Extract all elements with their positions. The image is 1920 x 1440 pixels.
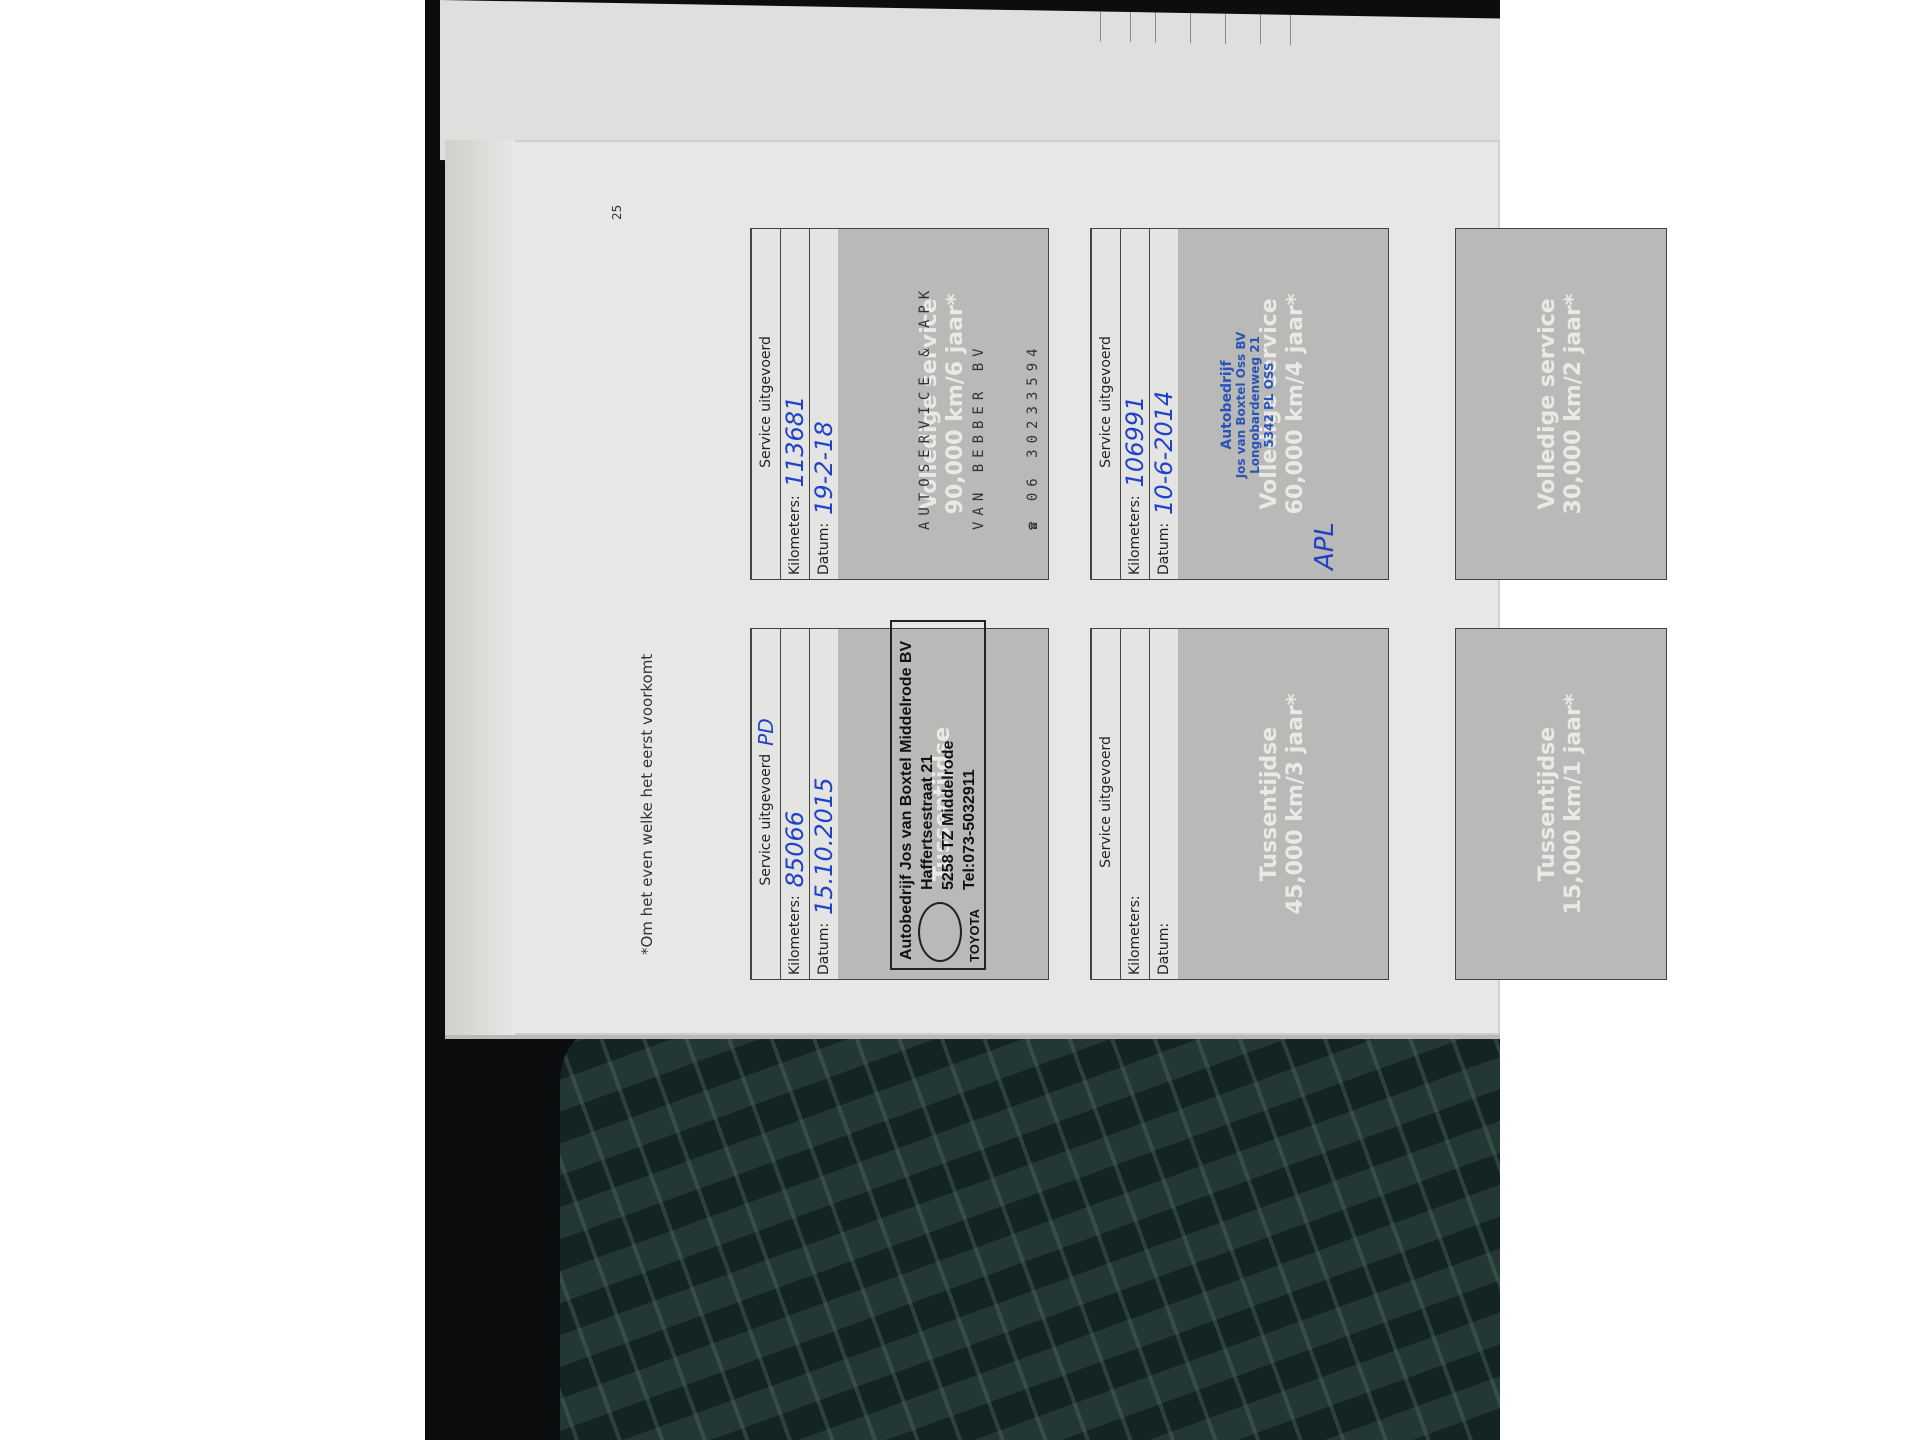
date-handwritten: 15.10.2015 (810, 778, 838, 915)
footnote: *Om het even welke het eerst voorkomt (638, 654, 656, 955)
service-card-15000: Tussentijdse15,000 km/1 jaar* (1455, 628, 1667, 980)
rotated-page-content: *Om het even welke het eerst voorkomt Tu… (470, 170, 1500, 1010)
page-number: 25 (610, 205, 624, 220)
dealer-stamp-toyota: Autobedrijf Jos van Boxtel Middelrode BV… (890, 620, 986, 970)
seat-fabric-pattern (560, 1020, 1500, 1440)
image-border-left (0, 0, 425, 1440)
km-handwritten: 85066 (781, 811, 809, 887)
toyota-logo-icon (918, 902, 962, 962)
dealer-stamp-oss: Autobedrijf Jos van Boxtel Oss BV Longob… (1220, 330, 1276, 480)
initials-apl: APL (1310, 522, 1340, 570)
phone-icon: ☎ (1025, 516, 1041, 530)
service-card-45000: Service uitgevoerd Kilometers: Datum: Tu… (1090, 628, 1389, 980)
dealer-stamp-van-bebber: AUTOSERVICE & APK VAN BEBBER BV ☎ 06 302… (880, 285, 1078, 530)
service-card-30000: Volledige service30,000 km/2 jaar* (1455, 228, 1667, 580)
